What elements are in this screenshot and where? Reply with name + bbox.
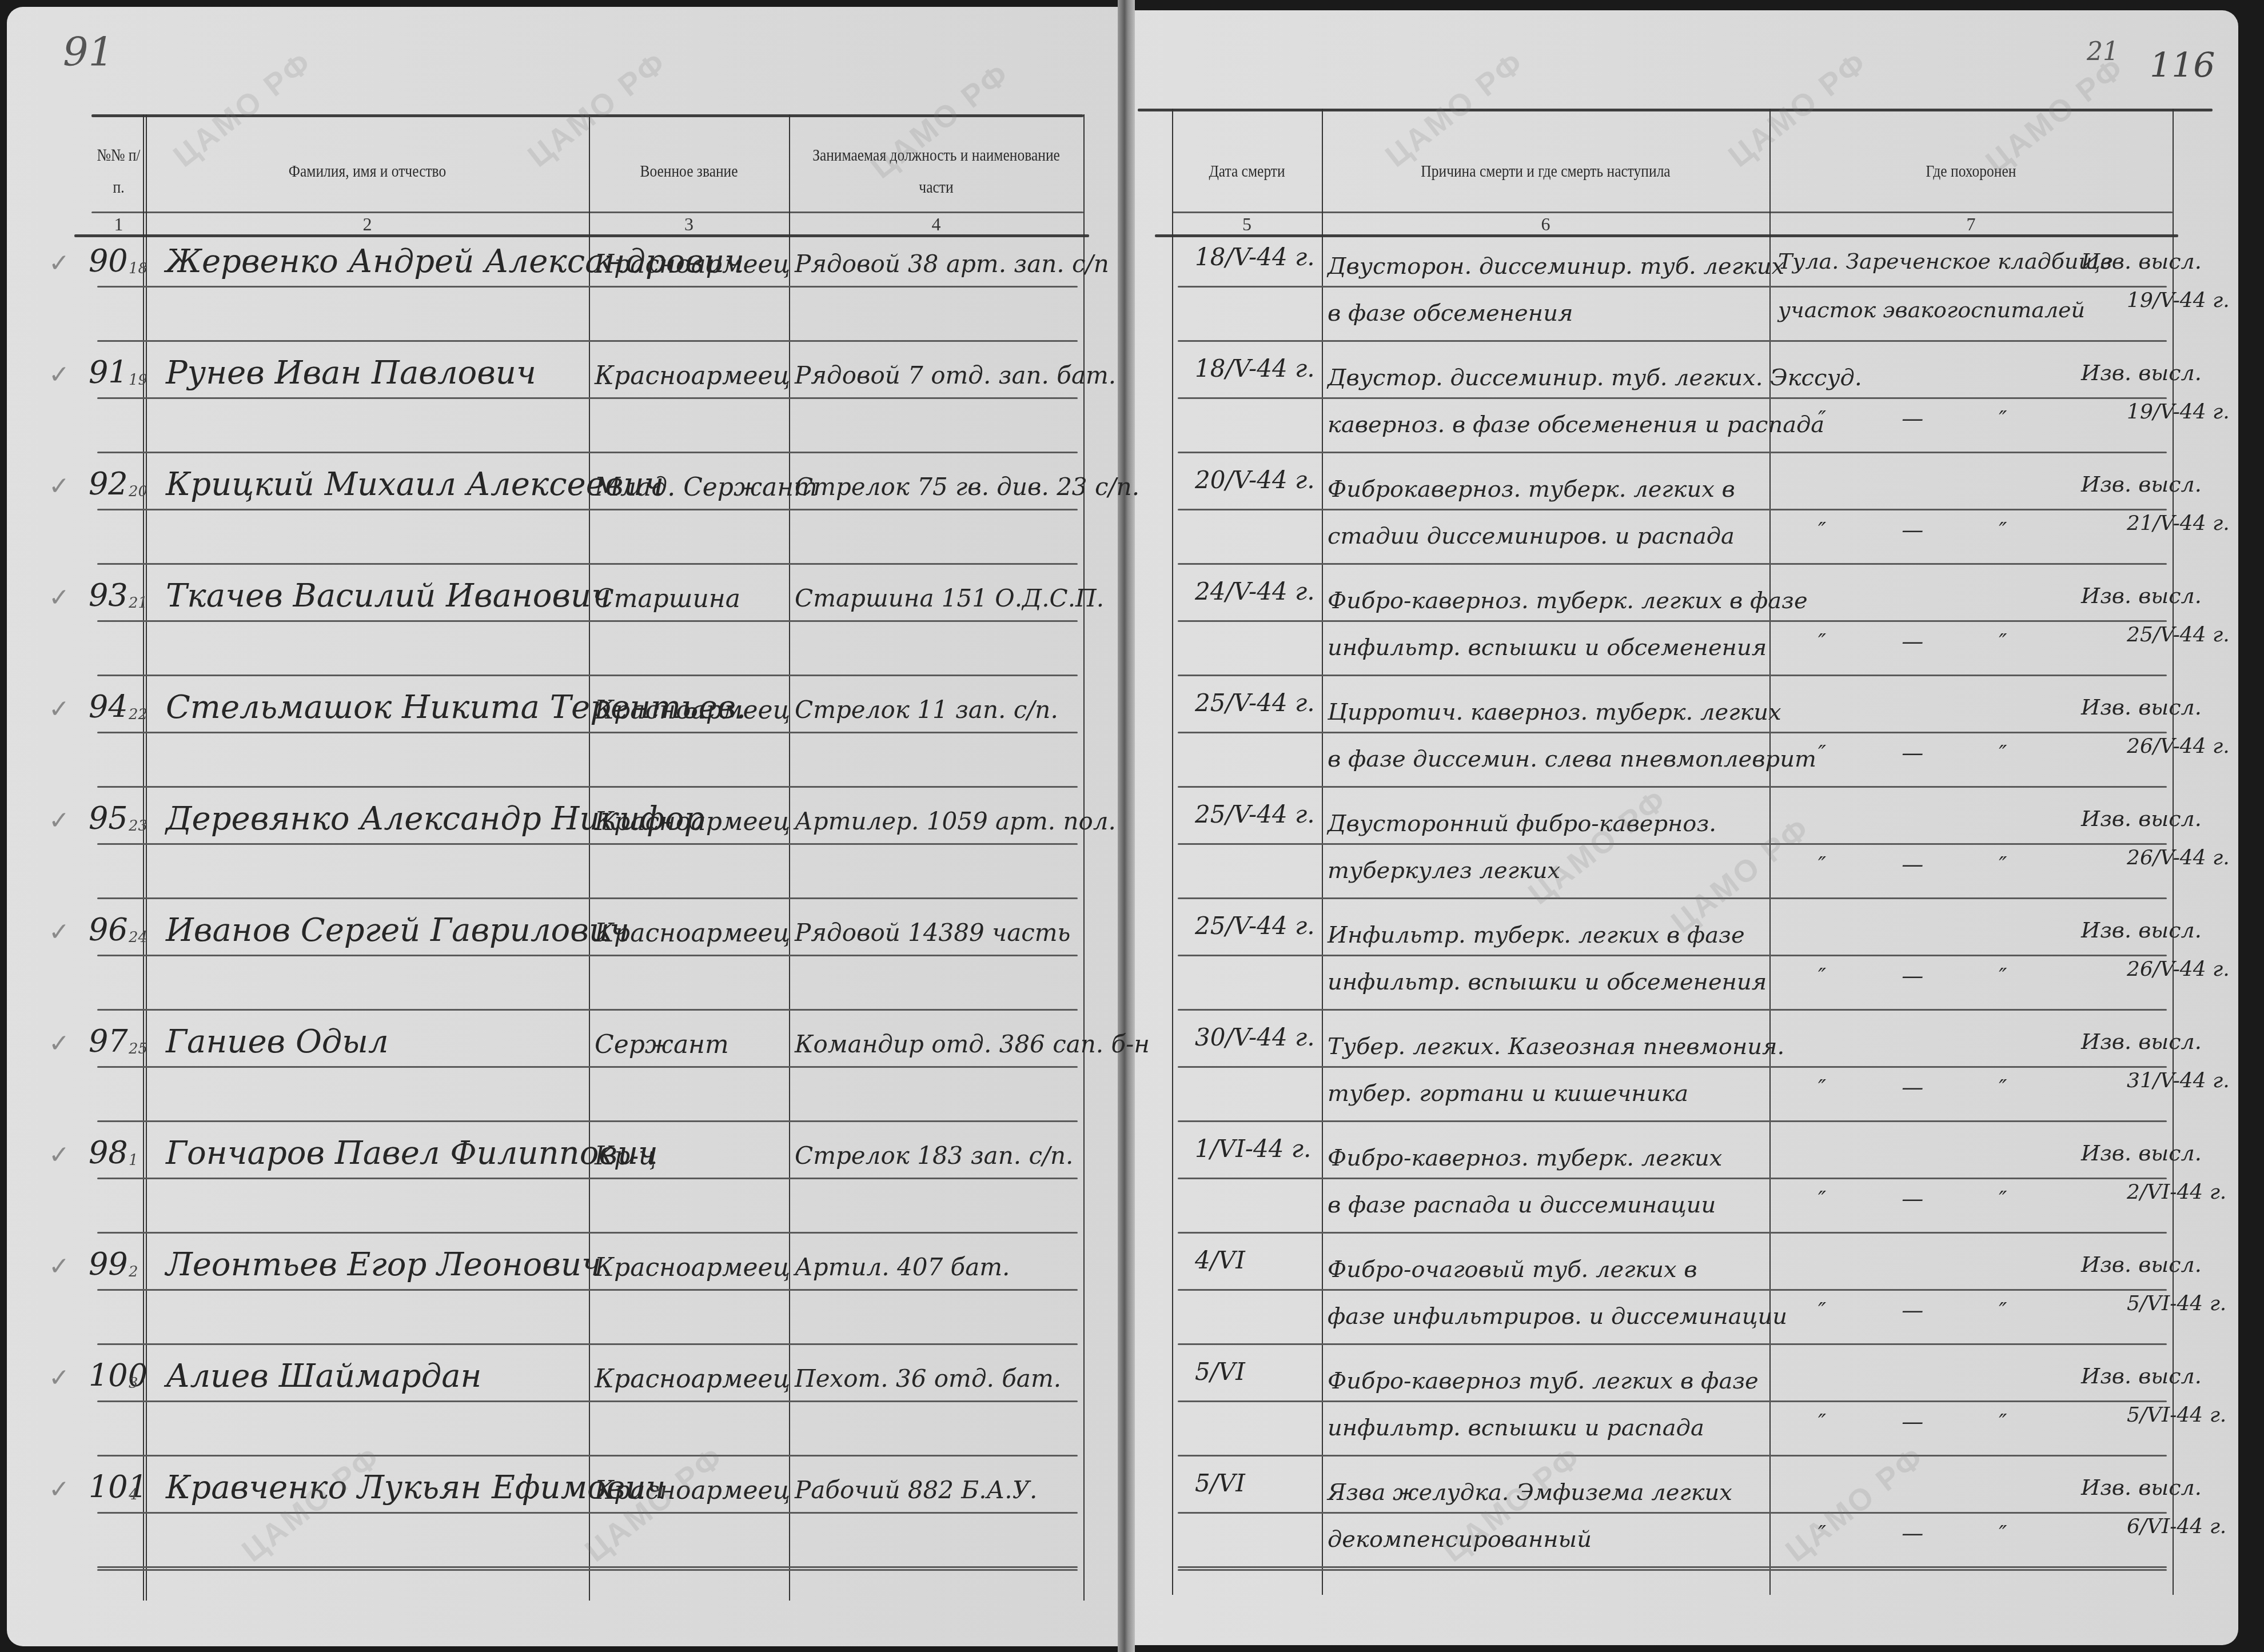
header-bottom-rule (1155, 234, 2178, 237)
column-number: 6 (1529, 214, 1563, 235)
row-rule (97, 509, 1078, 510)
check-mark: ✓ (49, 472, 70, 501)
cause-of-death-line1: Двусторон. диссеминир. туб. легких (1328, 253, 1784, 280)
row-rule (97, 675, 1078, 676)
row-rule (1178, 509, 2167, 510)
cause-of-death-line1: Фибро-очаговый туб. легких в (1328, 1256, 1697, 1283)
burial-note: Изв. высл. (2081, 249, 2202, 274)
burial-date: 2/VI-44 г. (2127, 1180, 2226, 1204)
row-number: 95 (89, 800, 128, 836)
page-number-right: 21 (2087, 37, 2119, 66)
soldier-name: Рунев Иван Павлович (166, 354, 536, 392)
header-date-of-death: Дата смерти (1183, 137, 1311, 206)
column-divider (589, 114, 590, 1601)
burial-date: 25/V-44 г. (2127, 623, 2230, 647)
cause-of-death-line1: Язва желудка. Эмфизема легких (1328, 1479, 1732, 1506)
row-rule (97, 620, 1078, 622)
row-rule (97, 732, 1078, 733)
row-rule (1178, 843, 2167, 845)
row-number: 93 (89, 577, 128, 613)
row-rule (97, 1289, 1078, 1291)
row-rule (97, 1066, 1078, 1068)
burial-note: Изв. высл. (2081, 583, 2202, 608)
check-mark: ✓ (49, 360, 70, 389)
date-of-death: 24/V-44 г. (1195, 577, 1315, 605)
burial-note: Изв. высл. (2081, 360, 2202, 385)
cause-of-death-line1: Фиброкаверноз. туберк. легких в (1328, 476, 1735, 502)
row-rule (1178, 1289, 2167, 1291)
row-rule (97, 1120, 1078, 1122)
check-mark: ✓ (49, 249, 70, 278)
row-rule (97, 452, 1078, 453)
date-of-death: 4/VI (1195, 1246, 1245, 1274)
burial-ditto: ″ — ″ (1818, 740, 2042, 765)
cause-of-death-line1: Цирротич. каверноз. туберк. легких (1328, 699, 1781, 725)
date-of-death: 25/V-44 г. (1195, 800, 1315, 828)
burial-date: 31/V-44 г. (2127, 1069, 2230, 1092)
row-rule (97, 1232, 1078, 1234)
soldier-name: Крицкий Михаил Алексеевич (166, 466, 664, 503)
column-divider (1083, 114, 1085, 1601)
header-name: Фамилия, имя и отчество (179, 137, 556, 206)
row-number: 98 (89, 1135, 128, 1171)
row-rule (97, 897, 1078, 899)
military-rank: Красноармеец (595, 361, 790, 390)
row-rule (1178, 620, 2167, 622)
military-rank: Кр-ц (595, 1142, 656, 1171)
row-rule (1178, 1178, 2167, 1179)
soldier-name: Кравченко Лукьян Ефимович (166, 1469, 665, 1506)
burial-ditto: ″ — ″ (1818, 1298, 2042, 1323)
row-rule (1178, 1232, 2167, 1234)
date-of-death: 5/VI (1195, 1358, 1245, 1386)
burial-ditto: ″ — ″ (1818, 406, 2042, 431)
burial-ditto: ″ — ″ (1818, 629, 2042, 654)
military-rank: Красноармеец (595, 696, 790, 725)
burial-date: 26/V-44 г. (2127, 957, 2230, 981)
column-number: 1 (102, 214, 136, 235)
burial-date: 21/V-44 г. (2127, 512, 2230, 535)
header-top-rule (91, 114, 1083, 117)
row-rule (1178, 286, 2167, 288)
row-rule (97, 397, 1078, 399)
burial-ditto: ″ — ″ (1818, 1186, 2042, 1211)
position-and-unit: Рабочий 882 Б.А.У. (795, 1476, 1037, 1504)
book-gutter (1118, 0, 1135, 1652)
check-mark: ✓ (49, 917, 70, 947)
position-and-unit: Рядовой 7 отд. зап. бат. (795, 361, 1116, 389)
military-rank: Красноармеец (595, 1476, 790, 1505)
row-rule (97, 1512, 1078, 1514)
row-sub-index: 3 (129, 1375, 138, 1392)
row-rule (1178, 340, 2167, 342)
date-of-death: 30/V-44 г. (1195, 1023, 1315, 1051)
position-and-unit: Стрелок 183 зап. с/п. (795, 1142, 1073, 1170)
row-sub-index: 2 (129, 1263, 138, 1280)
date-of-death: 20/V-44 г. (1195, 466, 1315, 494)
position-and-unit: Артилер. 1059 арт. пол. (795, 807, 1116, 835)
military-rank: Красноармеец (595, 1253, 790, 1282)
check-mark: ✓ (49, 583, 70, 612)
row-rule (1178, 397, 2167, 399)
row-number: 90 (89, 243, 128, 279)
row-rule (1178, 1566, 2167, 1568)
burial-note: Изв. высл. (2081, 472, 2202, 497)
cause-of-death-line1: Фибро-каверноз. туберк. легких в фазе (1328, 588, 1808, 614)
row-number: 94 (89, 689, 128, 725)
header-rank: Военное звание (604, 137, 774, 206)
burial-date: 6/VI-44 г. (2127, 1515, 2226, 1538)
row-rule (97, 340, 1078, 342)
position-and-unit: Стрелок 11 зап. с/п. (795, 696, 1058, 724)
burial-note: Изв. высл. (2081, 917, 2202, 943)
burial-date: 5/VI-44 г. (2127, 1292, 2226, 1315)
row-rule (1178, 452, 2167, 453)
row-number: 91 (89, 354, 128, 390)
cause-of-death-line2: фазе инфильтриров. и диссеминации (1328, 1303, 1787, 1330)
header-number: №№ п/п. (95, 137, 142, 206)
date-of-death: 25/V-44 г. (1195, 912, 1315, 940)
position-and-unit: Командир отд. 386 сап. б-н (795, 1030, 1150, 1058)
check-mark: ✓ (49, 695, 70, 724)
check-mark: ✓ (49, 1475, 70, 1504)
row-rule (1178, 955, 2167, 956)
header-top-rule (1138, 109, 2213, 111)
date-of-death: 18/V-44 г. (1195, 243, 1315, 271)
military-rank: Млад. Сержант (595, 473, 818, 502)
military-rank: Старшина (595, 584, 740, 613)
cause-of-death-line1: Тубер. легких. Казеозная пневмония. (1328, 1034, 1784, 1060)
burial-date: 26/V-44 г. (2127, 735, 2230, 758)
row-rule (97, 1009, 1078, 1011)
row-sub-index: 24 (129, 929, 148, 946)
burial-date: 19/V-44 г. (2127, 289, 2230, 312)
burial-date: 19/V-44 г. (2127, 400, 2230, 424)
burial-note: Изв. высл. (2081, 1140, 2202, 1166)
burial-note: Изв. высл. (2081, 1363, 2202, 1388)
check-mark: ✓ (49, 806, 70, 835)
burial-ditto: ″ — ″ (1818, 1521, 2042, 1546)
cause-of-death-line2: инфильтр. вспышки и обсеменения (1328, 969, 1767, 995)
row-rule (1178, 786, 2167, 788)
column-divider (1769, 109, 1771, 1595)
column-number: 5 (1230, 214, 1264, 235)
row-rule (97, 1569, 1078, 1571)
cause-of-death-line2: туберкулез легких (1328, 857, 1560, 884)
date-of-death: 1/VI-44 г. (1195, 1135, 1311, 1163)
burial-ditto: ″ — ″ (1818, 1409, 2042, 1434)
date-of-death: 25/V-44 г. (1195, 689, 1315, 717)
row-number: 97 (89, 1023, 128, 1059)
burial-note: Изв. высл. (2081, 1252, 2202, 1277)
page-number-left: 91 (63, 29, 114, 75)
cause-of-death-line1: Инфильтр. туберк. легких в фазе (1328, 922, 1745, 948)
position-and-unit: Рядовой 14389 часть (795, 919, 1070, 947)
cause-of-death-line2: в фазе распада и диссеминации (1328, 1192, 1716, 1218)
soldier-name: Ткачев Василий Иванович (166, 577, 611, 614)
soldier-name: Иванов Сергей Гаврилович (166, 912, 629, 949)
row-rule (97, 1343, 1078, 1345)
soldier-name: Гончаров Павел Филиппович (166, 1135, 658, 1172)
column-number: 2 (350, 214, 385, 235)
column-number: 3 (672, 214, 706, 235)
column-number: 7 (1954, 214, 1988, 235)
row-rule (97, 955, 1078, 956)
row-rule (97, 786, 1078, 788)
row-rule (1178, 675, 2167, 676)
burial-note: Изв. высл. (2081, 806, 2202, 831)
position-and-unit: Пехот. 36 отд. бат. (795, 1364, 1061, 1392)
row-rule (97, 1566, 1078, 1568)
cause-of-death-line1: Двустор. диссеминир. туб. легких. Экссуд… (1328, 365, 1862, 391)
row-sub-index: 20 (129, 483, 148, 500)
row-rule (1178, 563, 2167, 565)
burial-ditto: ″ — ″ (1818, 963, 2042, 988)
cause-of-death-line2: инфильтр. вспышки и распада (1328, 1415, 1704, 1441)
row-number: 96 (89, 912, 128, 948)
row-rule (1178, 897, 2167, 899)
burial-note: Изв. высл. (2081, 1029, 2202, 1054)
cause-of-death-line1: Двусторонний фибро-каверноз. (1328, 811, 1716, 837)
row-rule (1178, 1120, 2167, 1122)
row-rule (1178, 1066, 2167, 1068)
burial-date: 5/VI-44 г. (2127, 1403, 2226, 1427)
soldier-name: Алиев Шаймардан (166, 1358, 481, 1395)
check-mark: ✓ (49, 1363, 70, 1392)
position-and-unit: Артил. 407 бат. (795, 1253, 1010, 1281)
burial-ditto: ″ — ″ (1818, 517, 2042, 542)
row-rule (97, 843, 1078, 845)
row-rule (1178, 732, 2167, 733)
burial-note: Изв. высл. (2081, 695, 2202, 720)
column-divider (1172, 109, 1173, 1595)
row-rule (97, 286, 1078, 288)
row-rule (97, 563, 1078, 565)
military-rank: Красноармеец (595, 250, 790, 279)
cause-of-death-line2: каверноз. в фазе обсеменения и распада (1328, 412, 1824, 438)
cause-of-death-line1: Фибро-каверноз туб. легких в фазе (1328, 1368, 1759, 1394)
row-sub-index: 22 (129, 706, 148, 723)
date-of-death: 5/VI (1195, 1469, 1245, 1497)
soldier-name: Ганиев Одыл (166, 1023, 389, 1060)
column-divider (1322, 109, 1323, 1595)
military-rank: Красноармеец (595, 807, 790, 836)
military-rank: Красноармеец (595, 919, 790, 948)
row-sub-index: 19 (129, 372, 148, 389)
row-rule (97, 1400, 1078, 1402)
position-and-unit: Стрелок 75 гв. див. 23 с/п. (795, 473, 1139, 501)
row-rule (1178, 1009, 2167, 1011)
burial-ditto: ″ — ″ (1818, 852, 2042, 877)
check-mark: ✓ (49, 1252, 70, 1281)
cause-of-death-line1: Фибро-каверноз. туберк. легких (1328, 1145, 1722, 1171)
date-of-death: 18/V-44 г. (1195, 354, 1315, 382)
burial-place-line1: Тула. Зареченское кладбище (1778, 249, 2113, 274)
cause-of-death-line2: инфильтр. вспышки и обсеменения (1328, 635, 1767, 661)
row-number: 99 (89, 1246, 128, 1282)
row-rule (1178, 1400, 2167, 1402)
check-mark: ✓ (49, 1029, 70, 1058)
row-sub-index: 18 (129, 260, 148, 277)
row-rule (1178, 1455, 2167, 1457)
cause-of-death-line2: в фазе диссемин. слева пневмоплеврит (1328, 746, 1816, 772)
row-number: 101 (89, 1469, 148, 1505)
position-and-unit: Старшина 151 О.Д.С.П. (795, 584, 1104, 612)
header-divider (91, 212, 1083, 213)
military-rank: Сержант (595, 1030, 729, 1059)
row-rule (1178, 1569, 2167, 1571)
position-and-unit: Рядовой 38 арт. зап. с/п (795, 250, 1109, 278)
burial-note: Изв. высл. (2081, 1475, 2202, 1500)
cause-of-death-line2: тубер. гортани и кишечника (1328, 1080, 1688, 1107)
header-burial-place: Где похоронен (1800, 137, 2142, 206)
header-post: Занимаемая должность и наименование част… (811, 137, 1062, 206)
row-sub-index: 21 (129, 594, 148, 612)
cause-of-death-line2: стадии диссеминиров. и распада (1328, 523, 1735, 549)
check-mark: ✓ (49, 1140, 70, 1170)
cause-of-death-line2: в фазе обсеменения (1328, 300, 1573, 326)
row-number: 92 (89, 466, 128, 502)
row-rule (1178, 1512, 2167, 1514)
page-number-right-alt: 116 (2150, 46, 2215, 86)
burial-ditto: ″ — ″ (1818, 1075, 2042, 1100)
row-sub-index: 4 (129, 1486, 138, 1503)
header-cause-of-death: Причина смерти и где смерть наступила (1356, 137, 1736, 206)
burial-date: 26/V-44 г. (2127, 846, 2230, 869)
row-sub-index: 25 (129, 1040, 148, 1058)
row-rule (1178, 1343, 2167, 1345)
row-rule (97, 1455, 1078, 1457)
cause-of-death-line2: декомпенсированный (1328, 1526, 1592, 1553)
soldier-name: Леонтьев Егор Леонович (166, 1246, 601, 1283)
row-rule (97, 1178, 1078, 1179)
row-number: 100 (89, 1358, 148, 1394)
row-sub-index: 23 (129, 817, 148, 835)
military-rank: Красноармеец (595, 1364, 790, 1394)
column-number: 4 (919, 214, 954, 235)
burial-place-line2: участок эвакогоспиталей (1778, 297, 2085, 322)
row-sub-index: 1 (129, 1152, 138, 1169)
